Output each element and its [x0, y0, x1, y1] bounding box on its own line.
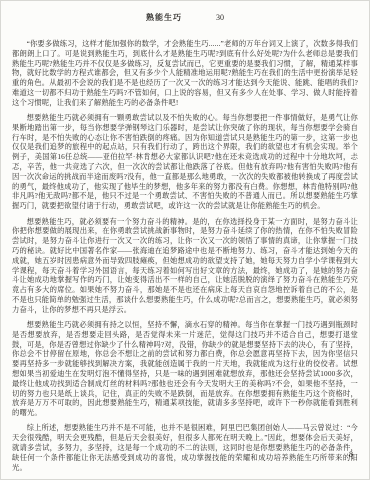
header-page-number: 30 — [216, 13, 224, 22]
page-title: 熟能生巧 — [146, 12, 182, 23]
paragraph-conclusion: 综上所述，想要熟能生巧并不是不可能，也并不是很困难，阿里巴巴集团创始人——马云曾… — [12, 423, 358, 472]
footer-page-number: 8 — [349, 450, 353, 459]
essay-body: “你要多做练习，这样才能加强你的数学，才会熟能生巧......”老师的万年台词又… — [12, 39, 358, 478]
paragraph-intro: “你要多做练习，这样才能加强你的数学，才会熟能生巧......”老师的万年台词又… — [12, 39, 358, 108]
paragraph-persistence: 想要熟能生巧就必须拥有持之以恒，坚持不懈，滴水石穿的精神。每当你在掌握一门技巧遇… — [12, 320, 358, 418]
document-page: 熟能生巧 30 “你要多做练习，这样才能加强你的数学，才会熟能生巧......”… — [0, 0, 370, 480]
paragraph-courage: 想要熟能生巧就必须拥有一颗勇敢尝试以及不怕失败的心。每当你想要把一件事情做好，是… — [12, 113, 358, 211]
page-header: 熟能生巧 30 — [1, 12, 369, 23]
paragraph-effort: 想要熟能生巧，就必须要有一个努力奋斗的精神。是的，在你选择投身于某一方面时，是努… — [12, 217, 358, 315]
